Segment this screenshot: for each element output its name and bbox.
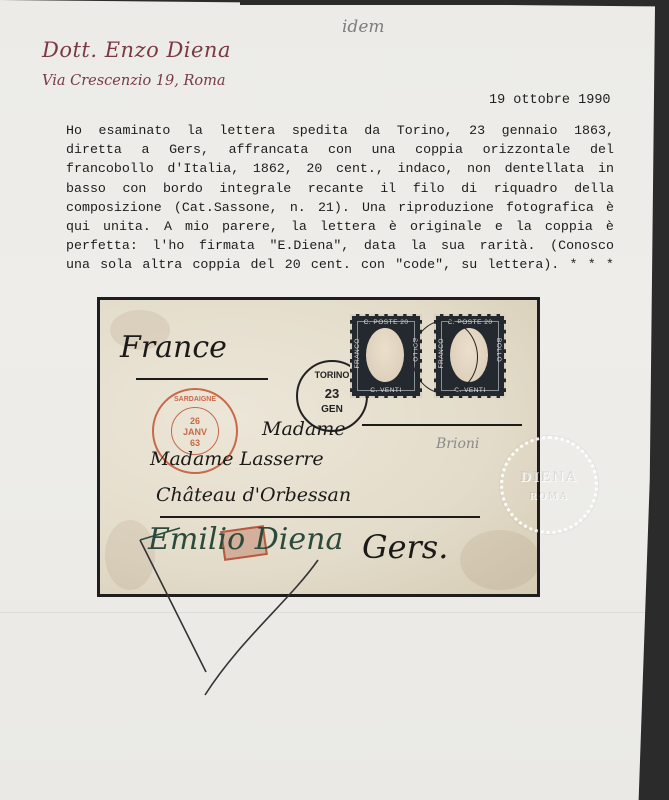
word: con: [122, 179, 146, 198]
red-postmark-label: SARDAIGNE: [154, 396, 236, 403]
word: su: [461, 255, 477, 274]
word: l'ho: [152, 236, 184, 255]
word: altra: [142, 255, 182, 274]
stamp-top-label: C. POSTE 20: [352, 319, 420, 326]
word: integrale: [219, 179, 291, 198]
word: 1863,: [574, 121, 614, 140]
word: del: [590, 140, 614, 159]
red-postmark-month: JANV: [154, 427, 236, 437]
word: la: [187, 121, 203, 140]
word: 1862,: [253, 159, 293, 178]
pencil-annotation: Brioni: [436, 436, 479, 452]
word: 20: [306, 159, 322, 178]
word: con: [328, 140, 352, 159]
word: coppia: [415, 140, 463, 159]
address-line-1: Madame: [262, 418, 346, 440]
word: è: [389, 217, 397, 236]
envelope-photo: France SARDAIGNE 26 JANV 63 TORINO 23 GE…: [97, 297, 540, 597]
word: perfetta:: [66, 236, 138, 255]
stamp-cancel: [412, 320, 478, 394]
word: Gers,: [169, 140, 209, 159]
red-postmark-year: 63: [154, 438, 236, 448]
word: non: [467, 159, 491, 178]
word: 23: [469, 121, 485, 140]
word: rarità.: [480, 236, 536, 255]
word: da: [364, 121, 380, 140]
word: parere,: [222, 217, 278, 236]
certificate-line: bassoconbordointegralerecanteilfilodiriq…: [66, 179, 614, 198]
red-postmark-day: 26: [154, 416, 236, 426]
word: mio: [185, 217, 209, 236]
word: basso: [66, 179, 106, 198]
word: data: [364, 236, 396, 255]
word: la: [291, 217, 307, 236]
word: gennaio: [502, 121, 558, 140]
word: spedita: [292, 121, 348, 140]
word: (Cat.Sassone,: [174, 198, 278, 217]
certificate-line: quiunita.Amioparere,laletteraèoriginalee…: [66, 217, 614, 236]
stamp-left-label: FRANCO: [354, 338, 361, 368]
word: qui: [66, 217, 90, 236]
word: lettera: [219, 121, 275, 140]
stamp-right-label: BOLLO: [495, 338, 502, 362]
word: d'Italia,: [167, 159, 239, 178]
word: *: [570, 255, 578, 274]
word: affrancata: [229, 140, 309, 159]
word: sua: [441, 236, 465, 255]
address-line-2: Madame Lasserre: [150, 448, 324, 470]
word: riquadro: [494, 179, 558, 198]
letterhead-name: Dott. Enzo Diena: [42, 38, 231, 62]
word: lettera).: [487, 255, 559, 274]
word: coppia: [192, 255, 240, 274]
word: lettera: [320, 217, 376, 236]
word: in: [598, 159, 614, 178]
paper-stain: [460, 530, 540, 590]
letterhead-address: Via Crescenzio 19, Roma: [42, 73, 226, 89]
stamp-bottom-label: C. VENTI: [352, 387, 420, 394]
word: cent.: [311, 255, 351, 274]
word: è: [606, 217, 614, 236]
word: 20: [285, 255, 301, 274]
word: diretta: [66, 140, 122, 159]
word: è: [606, 198, 614, 217]
underline: [136, 378, 268, 380]
stamp-border-line: [362, 424, 522, 426]
word: sola: [100, 255, 132, 274]
word: fotografica: [506, 198, 594, 217]
word: Ho: [66, 121, 82, 140]
word: Una: [362, 198, 386, 217]
word: coppia: [545, 217, 593, 236]
embossed-seal: DIENA ROMA: [500, 436, 598, 534]
word: dentellata: [505, 159, 585, 178]
word: firmata: [199, 236, 255, 255]
word: con: [361, 255, 385, 274]
word: orizzontale: [483, 140, 571, 159]
word: cent.,: [336, 159, 384, 178]
word: 21).: [318, 198, 350, 217]
certificate-line: HoesaminatolaletteraspeditadaTorino,23ge…: [66, 121, 614, 140]
scan-background: [240, 0, 669, 5]
word: A: [164, 217, 172, 236]
pencil-note: idem: [342, 17, 385, 37]
word: Torino,: [397, 121, 453, 140]
word: "E.Diena",: [269, 236, 349, 255]
torino-postmark-month: GEN: [298, 404, 366, 415]
certificate-date: 19 ottobre 1990: [489, 93, 611, 108]
word: filo: [413, 179, 445, 198]
destination-country: France: [120, 330, 227, 365]
word: francobollo: [66, 159, 154, 178]
word: esaminato: [99, 121, 171, 140]
certificate-line: direttaaGers,affrancataconunacoppiaorizz…: [66, 140, 614, 159]
certificate-line: perfetta:l'hofirmata"E.Diena",datalasuar…: [66, 236, 614, 255]
word: riproduzione: [398, 198, 494, 217]
word: n.: [290, 198, 306, 217]
address-underline: [160, 516, 480, 518]
word: della: [574, 179, 614, 198]
word: una: [372, 140, 396, 159]
stamp-portrait: [366, 328, 404, 382]
word: a: [141, 140, 149, 159]
seal-line-2: ROMA: [503, 491, 595, 502]
word: "code",: [395, 255, 451, 274]
word: e: [495, 217, 503, 236]
paper-fold: [0, 612, 650, 613]
word: composizione: [66, 198, 162, 217]
word: bordo: [163, 179, 203, 198]
word: il: [380, 179, 396, 198]
word: di: [461, 179, 477, 198]
certificate-line: unasolaaltracoppiadel20cent.con"code",su…: [66, 255, 614, 274]
word: del: [251, 255, 275, 274]
address-line-4: Gers.: [362, 528, 448, 566]
word: *: [606, 255, 614, 274]
word: originale: [410, 217, 482, 236]
word: recante: [308, 179, 364, 198]
word: la: [516, 217, 532, 236]
seal-line-1: DIENA: [503, 469, 595, 486]
word: una: [66, 255, 90, 274]
certificate-line: francobollod'Italia,1862,20cent.,indaco,…: [66, 159, 614, 178]
word: *: [588, 255, 596, 274]
word: indaco,: [398, 159, 454, 178]
address-line-3: Château d'Orbessan: [156, 484, 351, 506]
word: (Conosco: [550, 236, 614, 255]
expert-signature: Emilio Diena: [148, 522, 343, 557]
word: la: [410, 236, 426, 255]
certificate-text: HoesaminatolaletteraspeditadaTorino,23ge…: [66, 121, 614, 275]
word: unita.: [103, 217, 151, 236]
certificate-line: composizione(Cat.Sassone,n.21).Unariprod…: [66, 198, 614, 217]
